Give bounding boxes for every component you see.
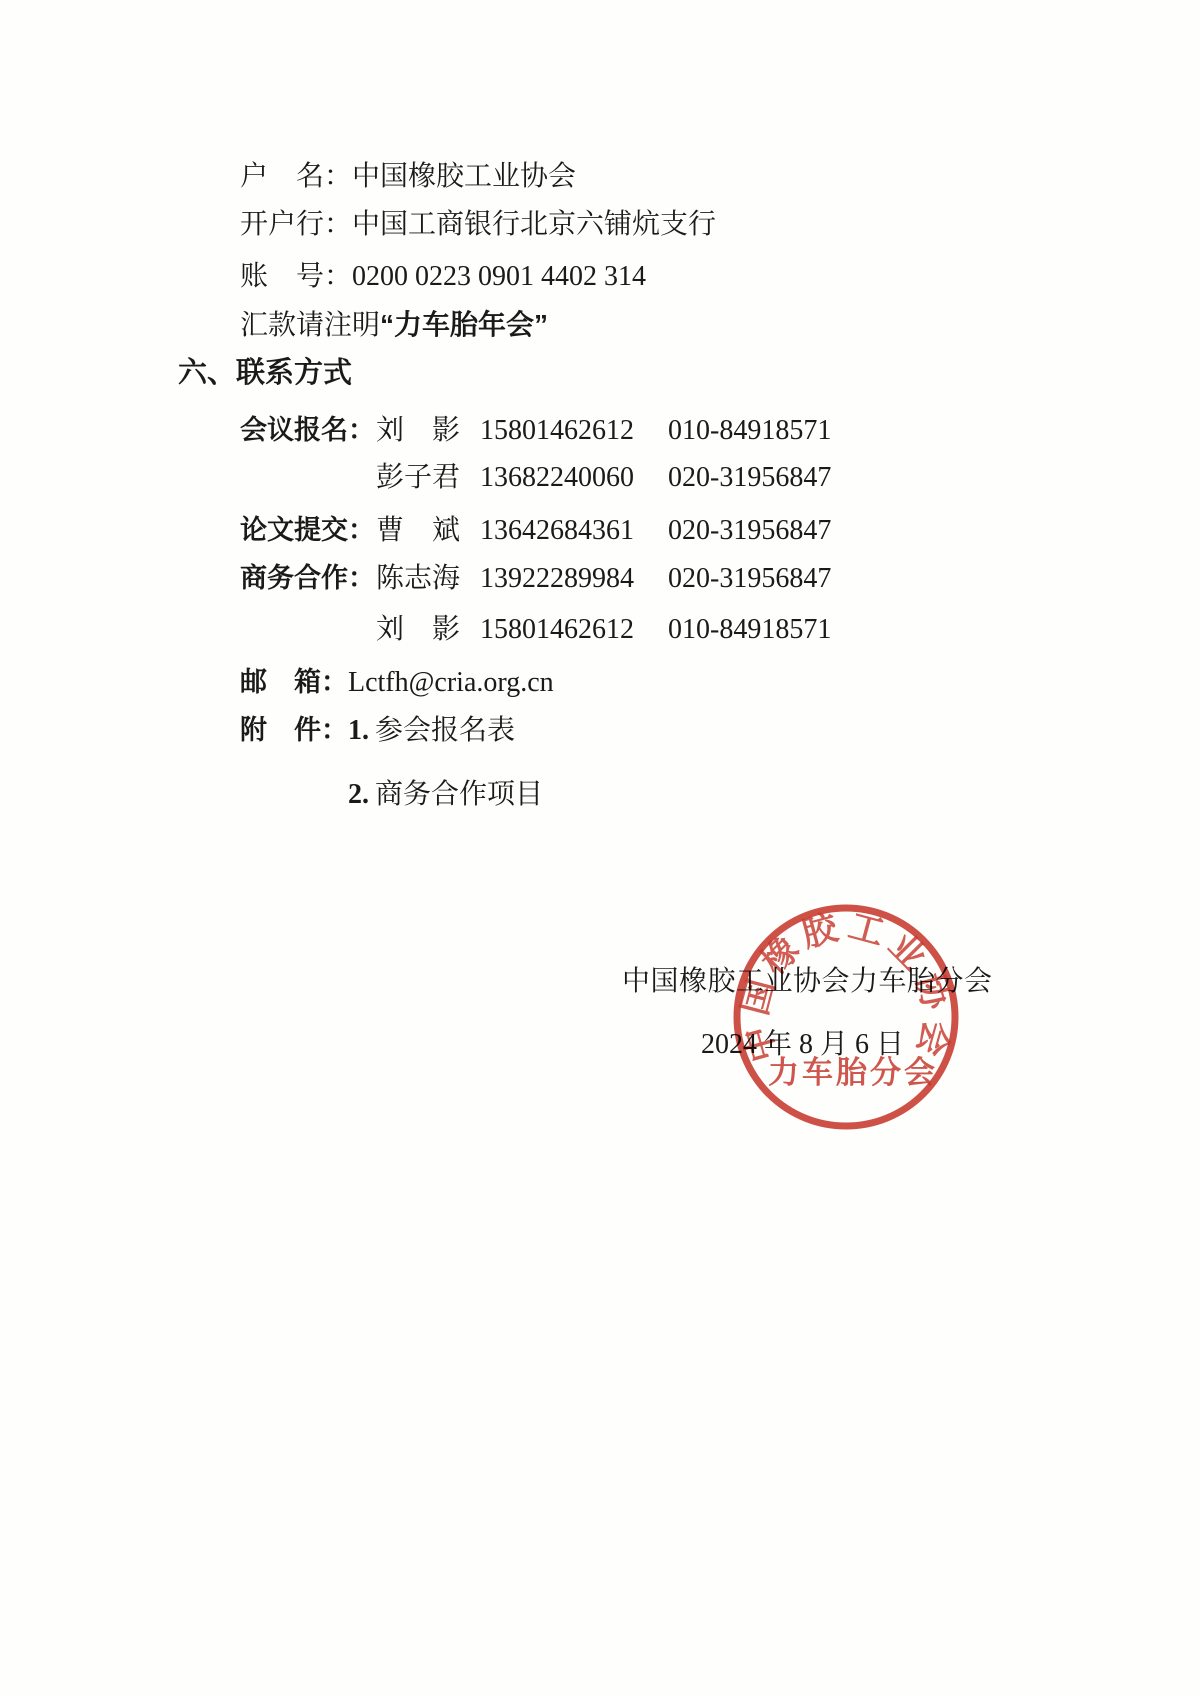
contact-row: 论文提交： 曹 斌 13642684361 020-31956847 bbox=[240, 513, 831, 548]
account-no-value: 0200 0223 0901 4402 314 bbox=[352, 261, 646, 292]
official-seal-stamp: 中国橡胶工业协会 力车胎分会 bbox=[726, 897, 966, 1137]
email-line: 邮 箱：Lctfh@cria.org.cn bbox=[240, 665, 554, 700]
seal-bottom-text: 力车胎分会 bbox=[768, 1055, 938, 1090]
contact-row: 彭子君 13682240060 020-31956847 bbox=[240, 461, 831, 495]
contact-row: 商务合作： 陈志海 13922289984 020-31956847 bbox=[240, 561, 831, 596]
contact-tel: 020-31956847 bbox=[668, 514, 831, 548]
contact-name: 曹 斌 bbox=[376, 514, 480, 548]
attachment-number: 2. bbox=[348, 779, 369, 810]
contact-row: 会议报名： 刘 影 15801462612 010-84918571 bbox=[240, 413, 831, 448]
email-value: Lctfh@cria.org.cn bbox=[348, 667, 554, 698]
document-page: 户 名：中国橡胶工业协会 开户行：中国工商银行北京六铺炕支行 账 号：0200 … bbox=[0, 0, 1200, 1696]
bank-account-no-line: 账 号：0200 0223 0901 4402 314 bbox=[240, 260, 646, 294]
contact-name: 彭子君 bbox=[376, 461, 480, 495]
remit-note-line: 汇款请注明“力车胎年会” bbox=[240, 308, 548, 343]
attachment-title: 商务合作项目 bbox=[375, 779, 543, 810]
attachment-label: 附 件： bbox=[240, 715, 348, 745]
contact-name: 刘 影 bbox=[376, 613, 480, 647]
contact-mobile: 15801462612 bbox=[480, 414, 668, 448]
contact-label: 商务合作： bbox=[240, 561, 376, 595]
contact-row: 刘 影 15801462612 010-84918571 bbox=[240, 613, 831, 647]
contact-mobile: 13922289984 bbox=[480, 562, 668, 596]
account-no-label: 账 号： bbox=[240, 261, 352, 292]
bank-label: 开户行： bbox=[240, 209, 352, 240]
contact-mobile: 15801462612 bbox=[480, 613, 668, 647]
contact-label: 会议报名： bbox=[240, 413, 376, 447]
contact-mobile: 13682240060 bbox=[480, 461, 668, 495]
bank-branch-line: 开户行：中国工商银行北京六铺炕支行 bbox=[240, 208, 716, 242]
attachment-line-2: 2.商务合作项目 bbox=[348, 778, 543, 812]
attachment-title: 参会报名表 bbox=[375, 715, 515, 746]
remit-note-prefix: 汇款请注明 bbox=[240, 310, 380, 341]
contact-mobile: 13642684361 bbox=[480, 514, 668, 548]
contact-tel: 010-84918571 bbox=[668, 613, 831, 647]
email-label: 邮 箱： bbox=[240, 667, 348, 697]
seal-arc-text-holder: 中国橡胶工业协会 bbox=[735, 906, 956, 1066]
bank-account-name-line: 户 名：中国橡胶工业协会 bbox=[240, 160, 576, 194]
contact-label: 论文提交： bbox=[240, 513, 376, 547]
contact-tel: 020-31956847 bbox=[668, 562, 831, 596]
contact-tel: 020-31956847 bbox=[668, 461, 831, 495]
contact-name: 刘 影 bbox=[376, 414, 480, 448]
bank-name-value: 中国工商银行北京六铺炕支行 bbox=[352, 209, 716, 240]
seal-arc-text: 中国橡胶工业协会 bbox=[735, 906, 956, 1066]
account-name-label: 户 名： bbox=[240, 161, 352, 192]
remit-note-bold: “力车胎年会” bbox=[380, 309, 548, 340]
contact-name: 陈志海 bbox=[376, 562, 480, 596]
account-name-value: 中国橡胶工业协会 bbox=[352, 161, 576, 192]
contact-tel: 010-84918571 bbox=[668, 414, 831, 448]
section-heading-contact: 六、联系方式 bbox=[178, 356, 352, 390]
attachment-line-1: 附 件：1.参会报名表 bbox=[240, 713, 515, 748]
attachment-number: 1. bbox=[348, 715, 369, 746]
